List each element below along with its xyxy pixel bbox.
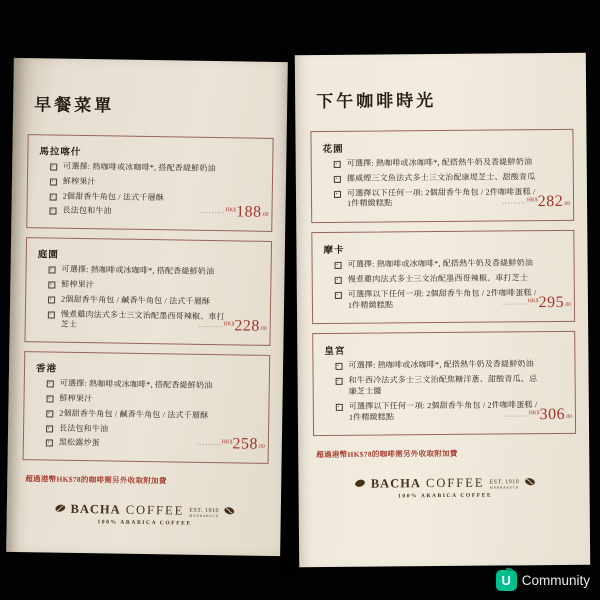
price-leader: ......... bbox=[201, 207, 226, 215]
price: .........HK$258.00 bbox=[197, 435, 265, 454]
menu-section-marrakech: 馬拉喀什 可選擇: 熱咖啡或冰咖啡*, 搭配香緹鮮奶油 鮮榨果汁 2個甜香牛角包… bbox=[26, 134, 273, 232]
bullet-icon bbox=[47, 381, 54, 388]
price-amount: 282 bbox=[538, 193, 564, 210]
bullet-icon bbox=[50, 178, 57, 185]
ucommunity-watermark: U Community bbox=[496, 570, 590, 591]
afternoon-menu-page: 下午咖啡時光 花園 可選擇: 熱咖啡或冰咖啡*, 配搭熱牛奶及香緹鮮奶油 挪威煙… bbox=[295, 53, 590, 568]
menu-section-courtyard: 庭園 可選擇: 熱咖啡或冰咖啡*, 搭配香緹鮮奶油 鮮榨果汁 2個甜香牛角包 /… bbox=[24, 237, 272, 346]
coffee-bean-icon bbox=[355, 475, 366, 493]
section-title: 花園 bbox=[323, 139, 539, 155]
bullet-icon bbox=[49, 267, 56, 274]
bullet-icon bbox=[46, 440, 53, 447]
menu-item-text: 鮮榨果汁 bbox=[63, 176, 96, 187]
brand-est: EST. 1910 MARRAKECH bbox=[489, 480, 519, 490]
menu-item: 可選擇: 熱咖啡或冰咖啡*, 配搭熱牛奶及香緹鮮奶油 bbox=[335, 360, 540, 373]
menu-item: 可選擇: 熱咖啡或冰咖啡*, 配搭熱牛奶及香緹鮮奶油 bbox=[334, 157, 539, 170]
bacha-coffee-logo: BACHA COFFEE EST. 1910 MARRAKECH 100% AR… bbox=[313, 473, 576, 500]
bullet-icon bbox=[48, 281, 55, 288]
menu-item-text: 2個甜香牛角包 / 鹹香牛角包 / 法式千層酥 bbox=[61, 294, 210, 307]
price-cents: .00 bbox=[258, 444, 265, 450]
menu-item: 可選擇: 熱咖啡或冰咖啡*, 配搭熱牛奶及香緹鮮奶油 bbox=[335, 258, 540, 271]
brand-est-city: MARRAKECH bbox=[189, 514, 219, 519]
price-currency: HK$ bbox=[527, 197, 538, 203]
brand-name-2: COFFEE bbox=[126, 502, 185, 518]
menu-item-text: 慢煮雞肉法式多士三文治配墨西哥辣椒、車打芝士 bbox=[348, 273, 528, 285]
brand-tagline: 100% ARABICA COFFEE bbox=[314, 492, 577, 500]
bullet-icon bbox=[336, 404, 343, 411]
bullet-icon bbox=[46, 395, 53, 402]
price-cents: .00 bbox=[262, 212, 269, 218]
price: .........HK$295.00 bbox=[503, 294, 571, 313]
menu-item-text: 可選擇: 熱咖啡或冰咖啡*, 配搭熱牛奶及香緹鮮奶油 bbox=[347, 157, 533, 169]
bullet-icon bbox=[336, 378, 343, 385]
menu-item-text: 可選擇: 熱咖啡或冰咖啡*, 搭配香緹鮮奶油 bbox=[63, 162, 216, 175]
price-amount: 258 bbox=[232, 436, 258, 453]
price-cents: .00 bbox=[564, 302, 571, 308]
ucommunity-logo-icon: U bbox=[496, 570, 517, 591]
menu-item-text: 挪威煙三文魚法式多士三文治配康堤芝士、甜酸青瓜 bbox=[347, 172, 536, 184]
menu-item-text: 2個甜香牛角包 / 法式千層酥 bbox=[63, 191, 164, 203]
menu-section-hongkong: 香港 可選擇: 熱咖啡或冰咖啡*, 搭配香緹鮮奶油 鮮榨果汁 2個甜香牛角包 /… bbox=[23, 351, 271, 464]
menu-item-text: 黑松露炒蛋 bbox=[59, 438, 100, 449]
menu-item: 鮮榨果汁 bbox=[46, 393, 224, 407]
price-cents: .00 bbox=[565, 414, 572, 420]
bullet-icon bbox=[334, 176, 341, 183]
price-cents: .00 bbox=[260, 326, 267, 332]
price-leader: ......... bbox=[197, 439, 222, 447]
menu-item: 鮮榨果汁 bbox=[48, 279, 226, 293]
bullet-icon bbox=[335, 292, 342, 299]
menu-item: 可選擇: 熱咖啡或冰咖啡*, 搭配香緹鮮奶油 bbox=[50, 161, 228, 175]
menu-item: 挪威煙三文魚法式多士三文治配康堤芝士、甜酸青瓜 bbox=[334, 172, 539, 185]
brand-name: BACHA bbox=[371, 476, 421, 491]
price-leader: ......... bbox=[503, 299, 528, 307]
bullet-icon bbox=[49, 208, 56, 215]
surcharge-footnote: 超過港幣HK$78的咖啡需另外收取附加費 bbox=[316, 447, 576, 460]
menu-item: 可選擇: 熱咖啡或冰咖啡*, 搭配香緹鮮奶油 bbox=[48, 265, 226, 279]
surcharge-footnote: 超過港幣HK$78的咖啡需另外收取附加費 bbox=[25, 473, 268, 488]
brand-name-2: COFFEE bbox=[426, 475, 485, 491]
bullet-icon bbox=[50, 163, 57, 170]
bullet-icon bbox=[46, 425, 53, 432]
bullet-icon bbox=[335, 363, 342, 370]
price-currency: HK$ bbox=[529, 411, 540, 417]
breakfast-menu-title: 早餐菜單 bbox=[34, 90, 274, 119]
coffee-bean-icon bbox=[524, 474, 535, 492]
bullet-icon bbox=[48, 296, 55, 303]
breakfast-menu-page: 早餐菜單 馬拉喀什 可選擇: 熱咖啡或冰咖啡*, 搭配香緹鮮奶油 鮮榨果汁 2個… bbox=[6, 58, 288, 556]
price: .........HK$188.00 bbox=[201, 203, 269, 222]
price-leader: ......... bbox=[199, 321, 224, 329]
menu-item: 慢煮雞肉法式多士三文治配墨西哥辣椒、車打芝士 bbox=[335, 273, 540, 286]
menu-item-text: 鮮榨果汁 bbox=[59, 394, 92, 405]
price-leader: ......... bbox=[502, 197, 527, 205]
ucommunity-label: Community bbox=[522, 573, 590, 588]
photo-stage: 早餐菜單 馬拉喀什 可選擇: 熱咖啡或冰咖啡*, 搭配香緹鮮奶油 鮮榨果汁 2個… bbox=[0, 0, 600, 600]
coffee-bean-icon bbox=[54, 500, 65, 518]
price-amount: 306 bbox=[539, 406, 565, 423]
brand-name: BACHA bbox=[70, 501, 120, 517]
price: .........HK$228.00 bbox=[199, 317, 267, 336]
menu-item: 2個甜香牛角包 / 鹹香牛角包 / 法式千層酥 bbox=[46, 408, 224, 422]
price-amount: 188 bbox=[236, 204, 262, 221]
section-title: 香港 bbox=[36, 360, 225, 377]
price-amount: 228 bbox=[234, 318, 260, 335]
brand-est: EST. 1910 MARRAKECH bbox=[189, 508, 219, 519]
menu-item: 可選擇: 熱咖啡或冰咖啡*, 搭配香緹鮮奶油 bbox=[47, 379, 225, 393]
leaf-icon bbox=[505, 566, 513, 573]
price-leader: ......... bbox=[504, 411, 529, 419]
price: .........HK$306.00 bbox=[504, 406, 572, 425]
price-amount: 295 bbox=[538, 294, 564, 311]
bullet-icon bbox=[48, 311, 55, 318]
menu-item: 2個甜香牛角包 / 鹹香牛角包 / 法式千層酥 bbox=[48, 294, 226, 308]
section-title: 摩卡 bbox=[323, 240, 539, 256]
menu-item-text: 和牛西冷法式多士三文治配焦糖洋蔥、甜酸青瓜、忌廉芝士醬 bbox=[349, 374, 541, 397]
menu-section-palace: 皇宮 可選擇: 熱咖啡或冰咖啡*, 配搭熱牛奶及香緹鮮奶油 和牛西冷法式多士三文… bbox=[312, 331, 576, 436]
price-cents: .00 bbox=[563, 201, 570, 207]
bullet-icon bbox=[50, 193, 57, 200]
menu-section-garden: 花園 可選擇: 熱咖啡或冰咖啡*, 配搭熱牛奶及香緹鮮奶油 挪威煙三文魚法式多士… bbox=[310, 129, 574, 223]
price: .........HK$282.00 bbox=[502, 193, 570, 212]
bullet-icon bbox=[335, 262, 342, 269]
menu-item: 和牛西冷法式多士三文治配焦糖洋蔥、甜酸青瓜、忌廉芝士醬 bbox=[336, 374, 541, 397]
price-currency: HK$ bbox=[222, 439, 233, 445]
menu-item-text: 可選擇: 熱咖啡或冰咖啡*, 搭配香緹鮮奶油 bbox=[61, 265, 214, 278]
menu-item-text: 2個甜香牛角包 / 鹹香牛角包 / 法式千層酥 bbox=[59, 408, 208, 421]
coffee-bean-icon bbox=[224, 502, 235, 520]
section-title: 庭園 bbox=[38, 246, 227, 263]
price-currency: HK$ bbox=[225, 207, 236, 213]
menu-item-text: 長法包和牛油 bbox=[59, 423, 108, 435]
menu-item-text: 可選擇: 熱咖啡或冰咖啡*, 搭配香緹鮮奶油 bbox=[60, 379, 213, 392]
bullet-icon bbox=[335, 277, 342, 284]
menu-section-mocha: 摩卡 可選擇: 熱咖啡或冰咖啡*, 配搭熱牛奶及香緹鮮奶油 慢煮雞肉法式多士三文… bbox=[311, 230, 575, 324]
ucommunity-letter: U bbox=[502, 574, 511, 587]
bullet-icon bbox=[46, 410, 53, 417]
price-currency: HK$ bbox=[224, 321, 235, 327]
section-title: 馬拉喀什 bbox=[39, 143, 228, 160]
price-currency: HK$ bbox=[528, 299, 539, 305]
menu-item-text: 長法包和牛油 bbox=[62, 206, 111, 218]
bullet-icon bbox=[334, 161, 341, 168]
bacha-coffee-logo: BACHA COFFEE EST. 1910 MARRAKECH 100% AR… bbox=[22, 499, 268, 528]
afternoon-menu-title: 下午咖啡時光 bbox=[316, 85, 573, 112]
menu-item-text: 可選擇: 熱咖啡或冰咖啡*, 配搭熱牛奶及香緹鮮奶油 bbox=[348, 258, 534, 270]
section-title: 皇宮 bbox=[324, 342, 540, 358]
menu-item-text: 可選擇: 熱咖啡或冰咖啡*, 配搭熱牛奶及香緹鮮奶油 bbox=[348, 360, 534, 372]
bullet-icon bbox=[334, 190, 341, 197]
menu-item: 鮮榨果汁 bbox=[50, 176, 228, 190]
menu-item-text: 鮮榨果汁 bbox=[61, 280, 94, 291]
brand-est-city: MARRAKECH bbox=[490, 486, 520, 490]
